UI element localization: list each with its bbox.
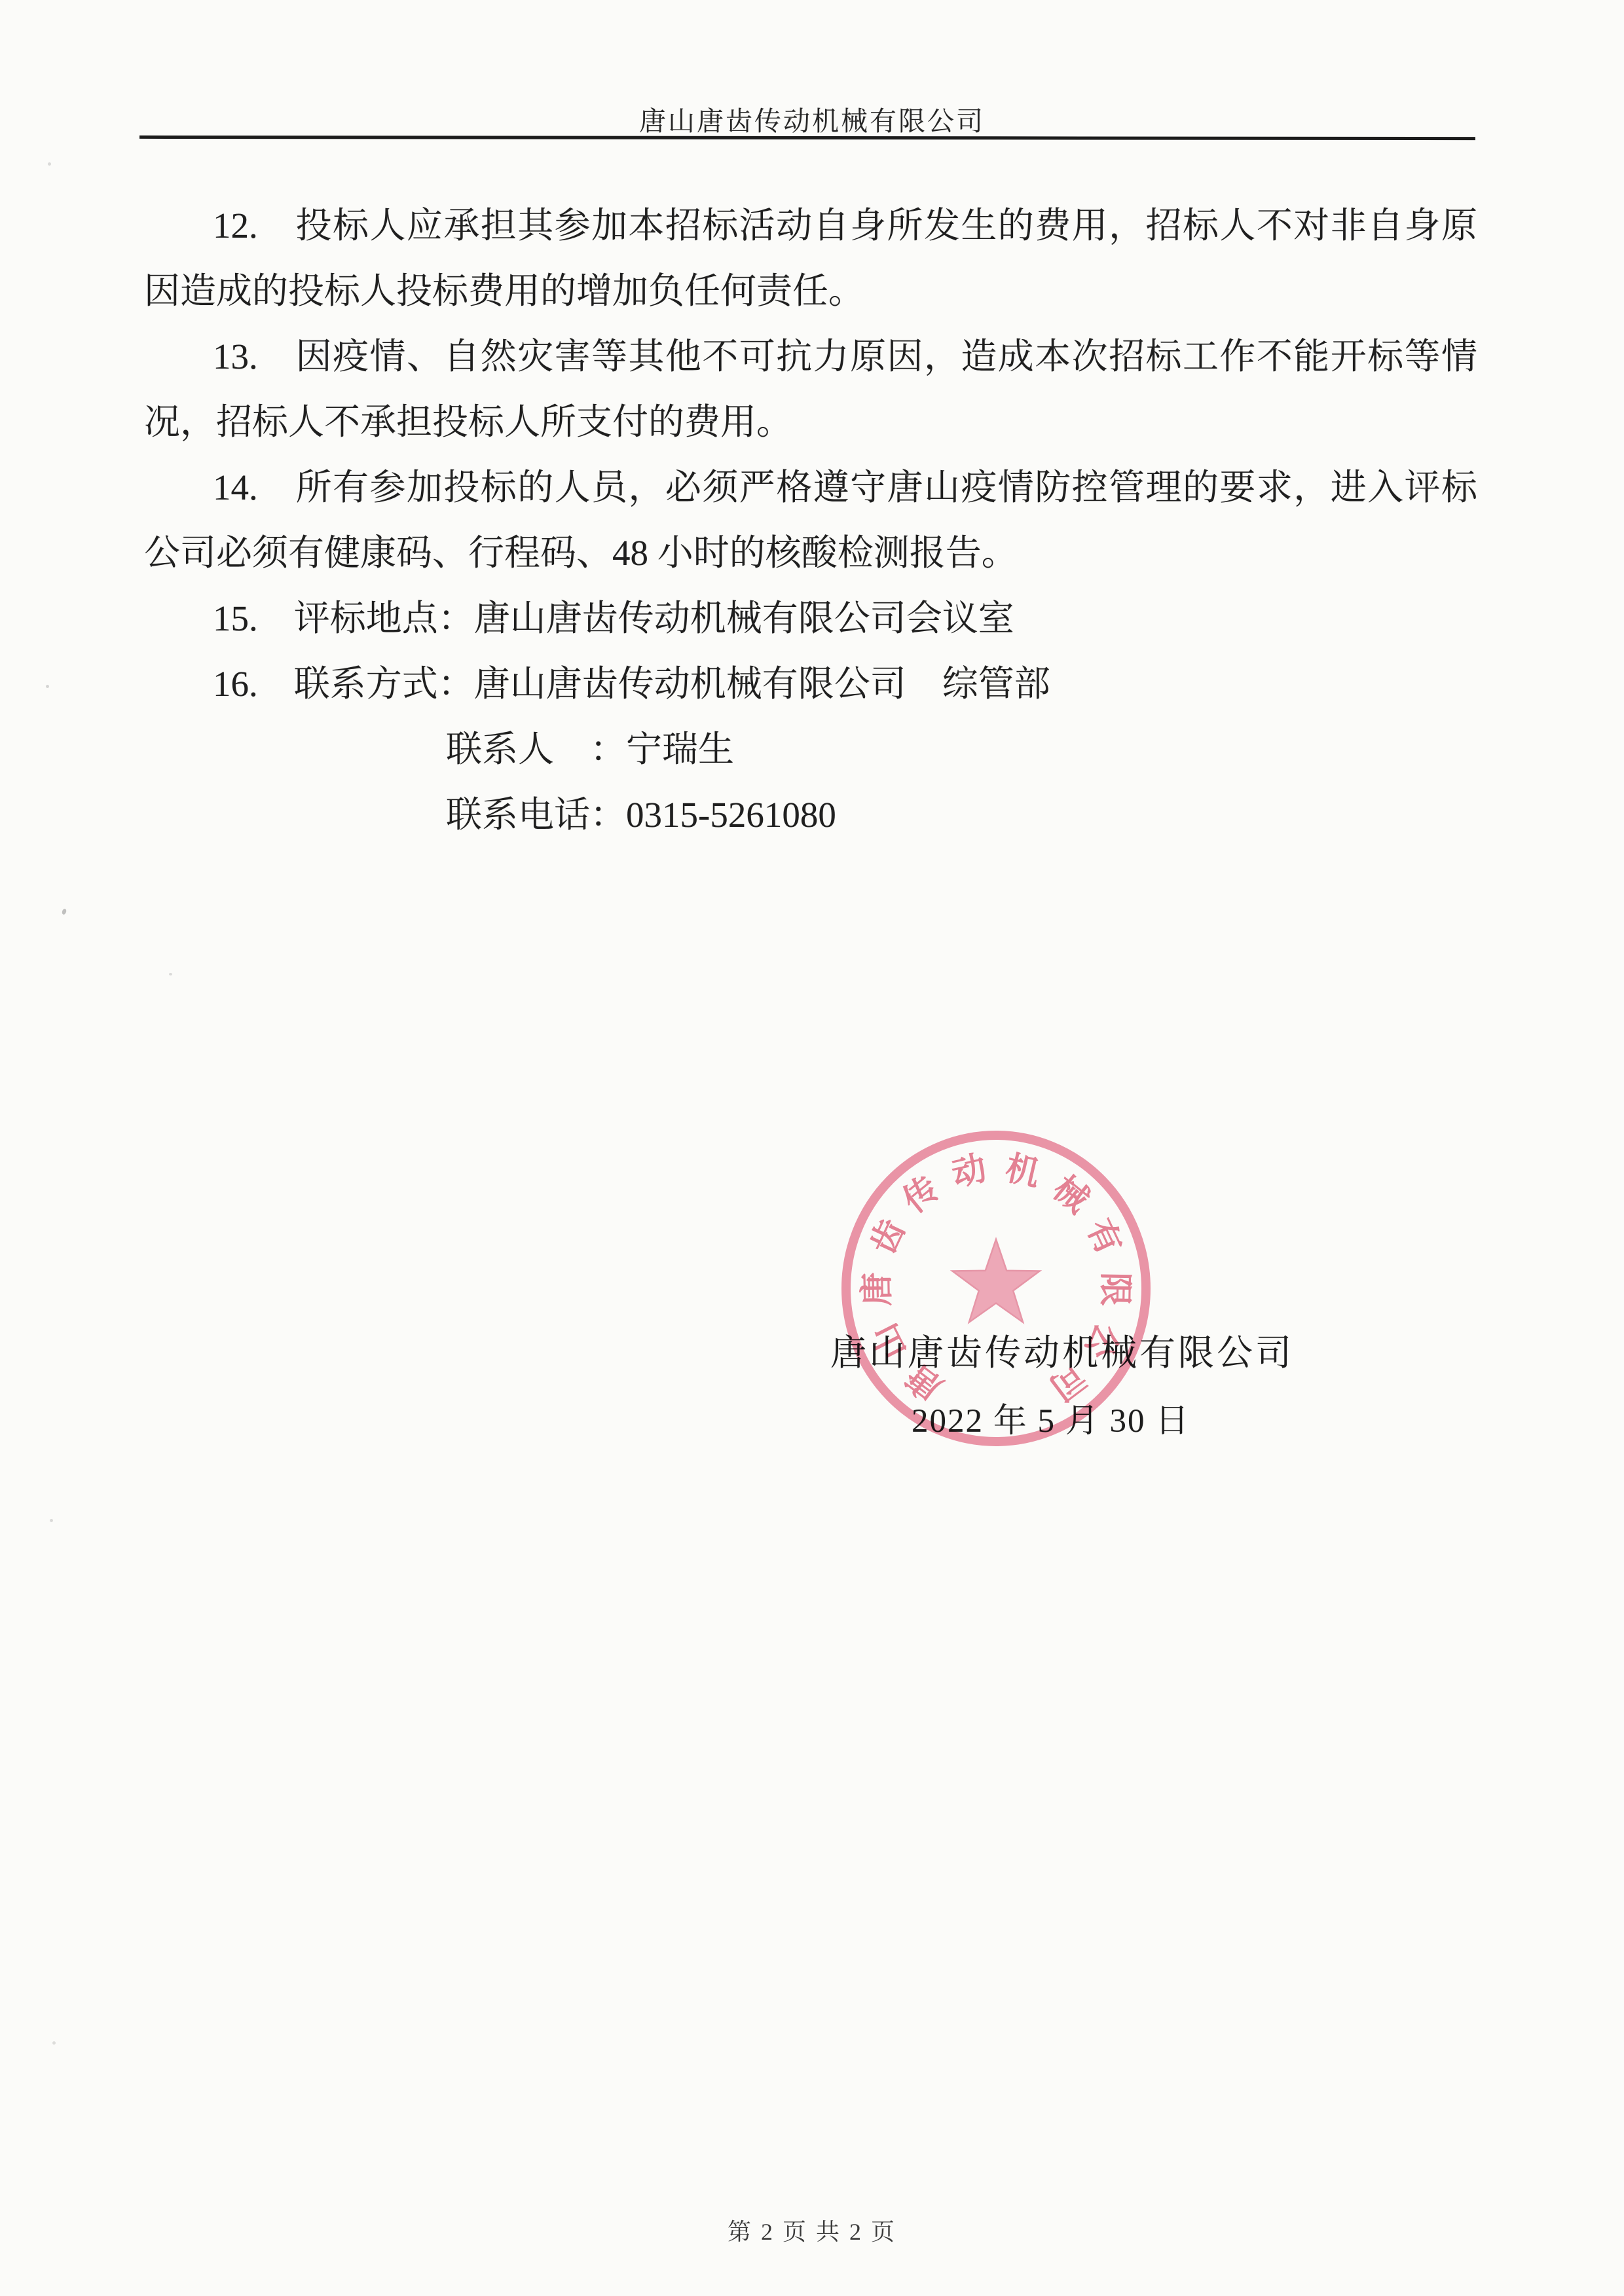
seal-ring-char: 齿 <box>864 1213 913 1260</box>
company-seal: 唐山唐齿传动机械有限公司 <box>840 1128 1154 1449</box>
clause-item-12: 12. 投标人应承担其参加本招标活动自身所发生的费用，招标人不对非自身原因造成的… <box>144 193 1477 324</box>
contact-phone-line: 联系电话：0315-5261080 <box>144 782 1477 848</box>
seal-ring-char: 械 <box>1046 1169 1096 1220</box>
clause-item-16: 16. 联系方式：唐山唐齿传动机械有限公司 综管部 <box>144 651 1477 717</box>
scan-speck <box>169 973 172 975</box>
seal-star-icon <box>952 1239 1039 1322</box>
scan-speck <box>48 162 51 166</box>
seal-ring-char: 传 <box>896 1169 946 1220</box>
seal-ring-char: 限 <box>1096 1272 1134 1307</box>
seal-ring-char: 唐 <box>900 1357 950 1408</box>
page-number: 第 2 页 共 2 页 <box>0 2214 1624 2247</box>
clause-item-13: 13. 因疫情、自然灾害等其他不可抗力原因，造成本次招标工作不能开标等情况，招标… <box>144 324 1477 455</box>
document-page: 唐山唐齿传动机械有限公司 12. 投标人应承担其参加本招标活动自身所发生的费用，… <box>0 0 1624 2296</box>
seal-ring-char: 唐 <box>858 1272 896 1307</box>
scan-speck <box>62 908 67 915</box>
seal-ring-char: 公 <box>1077 1317 1126 1364</box>
header-rule <box>139 136 1475 140</box>
contact-person-line: 联系人 ：宁瑞生 <box>144 717 1477 782</box>
clause-item-14: 14. 所有参加投标的人员，必须严格遵守唐山疫情防控管理的要求，进入评标公司必须… <box>144 455 1477 586</box>
document-body: 12. 投标人应承担其参加本招标活动自身所发生的费用，招标人不对非自身原因造成的… <box>144 193 1477 848</box>
seal-ring-char: 机 <box>1002 1149 1044 1194</box>
scan-speck <box>46 685 49 688</box>
scan-speck <box>50 1519 53 1522</box>
clause-item-15: 15. 评标地点：唐山唐齿传动机械有限公司会议室 <box>144 586 1477 651</box>
header-company-name: 唐山唐齿传动机械有限公司 <box>0 100 1624 138</box>
seal-ring-char: 动 <box>948 1149 990 1194</box>
seal-ring-char: 有 <box>1079 1213 1128 1260</box>
scan-speck <box>52 2041 56 2045</box>
seal-ring-char: 司 <box>1043 1357 1092 1407</box>
seal-ring-char: 山 <box>866 1317 915 1364</box>
